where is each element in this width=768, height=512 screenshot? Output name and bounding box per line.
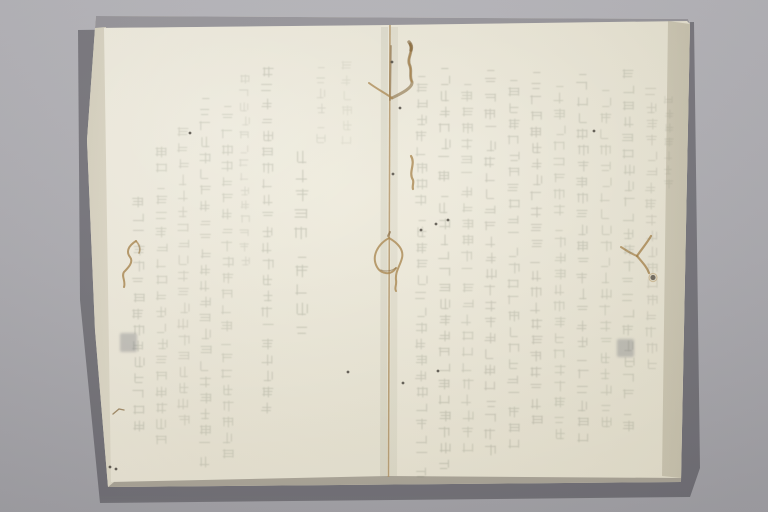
showthrough-column [530, 73, 542, 425]
showthrough-column [645, 88, 657, 368]
stain-fold-middle [411, 156, 413, 189]
wormhole [435, 223, 438, 226]
showthrough-column [554, 87, 566, 440]
showthrough-column [341, 61, 352, 144]
worm-track-right-page [621, 236, 657, 282]
showthrough-column [239, 75, 250, 266]
binding-thread-stained-segment [390, 46, 391, 100]
worm-track-left-page [123, 241, 140, 287]
showthrough-column [132, 197, 144, 432]
wormhole [109, 466, 112, 469]
showthrough-column [156, 147, 168, 445]
showthrough-column [576, 75, 588, 443]
fold-shading-right [394, 27, 395, 476]
showthrough-column [199, 99, 211, 468]
photo-scene [0, 0, 768, 512]
wormhole [399, 107, 402, 110]
wormhole [115, 468, 118, 471]
showthrough-text-layer [132, 61, 673, 477]
showthrough-column [622, 69, 634, 431]
showthrough-column [261, 67, 273, 414]
showthrough-column [664, 96, 674, 189]
seal-smudge [120, 333, 137, 352]
showthrough-column [317, 68, 326, 143]
showthrough-column [294, 151, 308, 334]
fold-shading-left [384, 27, 385, 476]
wormhole [402, 382, 405, 385]
showthrough-column [484, 71, 496, 456]
showthrough-column [461, 85, 473, 453]
showthrough-column [507, 81, 519, 449]
marks-layer [0, 0, 768, 512]
wormhole [437, 370, 440, 373]
showthrough-column [415, 77, 427, 477]
showthrough-column [221, 107, 233, 459]
wormhole [347, 371, 350, 374]
wormhole [420, 229, 423, 232]
showthrough-column [177, 127, 189, 425]
seal-smudge [617, 339, 634, 357]
wormhole [392, 173, 395, 176]
wormhole [391, 61, 394, 64]
wormholes-layer [109, 61, 596, 471]
showthrough-column [599, 91, 611, 428]
wormhole [447, 219, 450, 222]
showthrough-column [438, 69, 450, 469]
wormhole [593, 130, 596, 133]
wormhole [189, 132, 192, 135]
stain-bottom-left [113, 409, 124, 414]
